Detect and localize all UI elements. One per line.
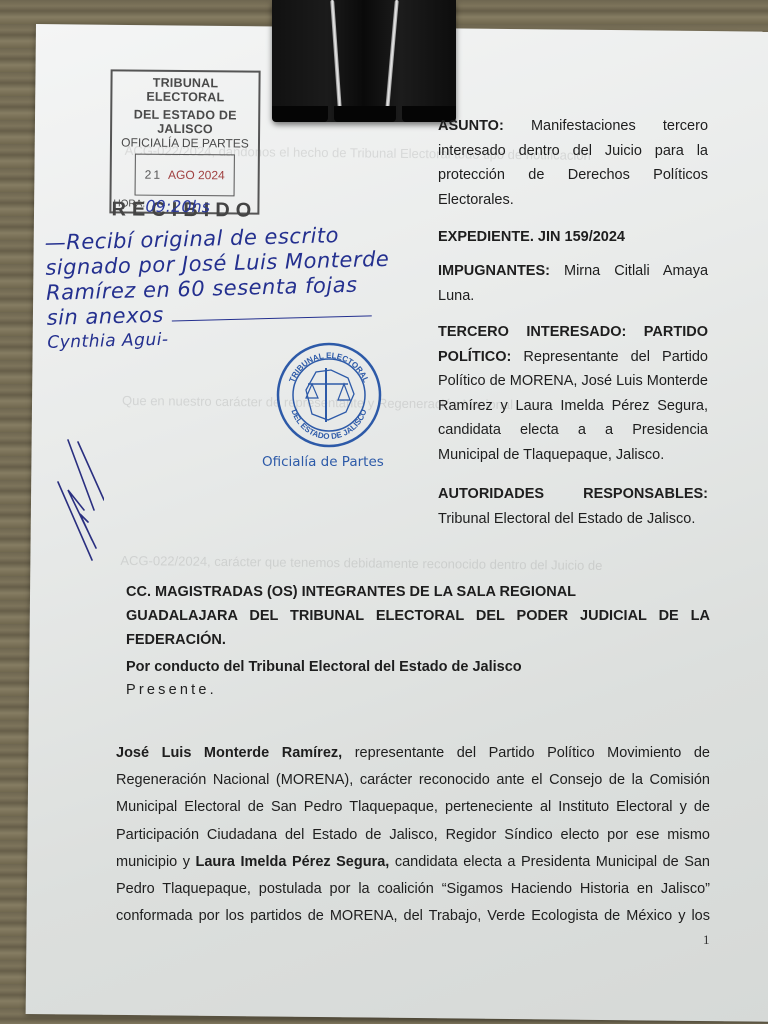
svg-text:DEL ESTADO DE JALISCO: DEL ESTADO DE JALISCO — [289, 408, 368, 441]
addressee-line3: FEDERACIÓN. — [126, 628, 710, 652]
addressee-line2: GUADALAJARA DEL TRIBUNAL ELECTORAL DEL P… — [126, 604, 710, 628]
autoridades-label: AUTORIDADES RESPONSABLES: — [438, 486, 708, 502]
presente: Presente. — [126, 682, 217, 698]
stamp-hora-value: 09:20hs — [145, 197, 210, 217]
body-name1: José Luis Monterde Ramírez, — [116, 745, 342, 761]
tercero-section: TERCERO INTERESADO: PARTIDO POLÍTICO: Re… — [438, 320, 708, 467]
tercero-text: Representante del Partido Político de MO… — [438, 349, 708, 463]
signature-scribble-icon — [54, 430, 104, 570]
svg-text:TRIBUNAL ELECTORAL: TRIBUNAL ELECTORAL — [287, 351, 370, 384]
stamp-line2: DEL ESTADO DE JALISCO — [112, 107, 258, 136]
stamp-month-year: AGO 2024 — [168, 168, 225, 182]
body-text: Regeneración Nacional (MORENA), carácter… — [116, 767, 710, 794]
handwritten-note: —Recibí original de escrito signado por … — [44, 221, 417, 356]
impugnantes-section: IMPUGNANTES: Mirna Citlali Amaya Luna. — [438, 259, 708, 308]
stamp-day: 21 — [145, 168, 162, 182]
seal-caption: Oficialía de Partes — [262, 454, 384, 470]
addressee-line4: Por conducto del Tribunal Electoral del … — [126, 655, 710, 679]
expediente-number: EXPEDIENTE. JIN 159/2024 — [438, 229, 625, 245]
body-text: conformada por los partidos de MORENA, d… — [116, 903, 710, 930]
received-stamp: TRIBUNAL ELECTORAL DEL ESTADO DE JALISCO… — [109, 69, 260, 214]
autoridades-section: AUTORIDADES RESPONSABLES: Tribunal Elect… — [438, 482, 708, 531]
stamp-line3: OFICIALÍA DE PARTES — [112, 135, 258, 150]
body-text: Municipal Electoral de San Pedro Tlaquep… — [116, 794, 710, 821]
tribunal-seal-icon: TRIBUNAL ELECTORAL DEL ESTADO DE JALISCO — [276, 342, 382, 448]
stamp-date: 21 AGO 2024 — [135, 154, 235, 197]
body-text: Pedro Tlaquepaque, postulada por la coal… — [116, 876, 710, 903]
note-line: sin anexos — [46, 303, 164, 330]
page-number: 1 — [703, 932, 710, 948]
body-text: representante del Partido Político Movim… — [342, 745, 710, 761]
binder-clip — [272, 0, 456, 122]
bleed-through-text: ACG-022/2024, carácter que tenemos debid… — [120, 545, 602, 581]
addressee-line1: CC. MAGISTRADAS (OS) INTEGRANTES DE LA S… — [126, 580, 710, 604]
stamp-hora-label: HORA: — [113, 198, 145, 209]
impugnantes-label: IMPUGNANTES: — [438, 263, 550, 279]
autoridades-text: Tribunal Electoral del Estado de Jalisco… — [438, 507, 708, 532]
body-text: municipio y — [116, 854, 196, 870]
body-paragraph: José Luis Monterde Ramírez, representant… — [116, 740, 710, 930]
expediente: EXPEDIENTE. JIN 159/2024 — [438, 225, 708, 250]
body-name2: Laura Imelda Pérez Segura, — [196, 854, 390, 870]
asunto-section: ASUNTO: Manifestaciones tercero interesa… — [438, 114, 708, 212]
stamp-line1: TRIBUNAL ELECTORAL — [112, 75, 258, 104]
body-text: candidata electa a Presidenta Municipal … — [389, 854, 710, 870]
body-text: Participación Ciudadana del Estado de Ja… — [116, 822, 710, 849]
asunto-label: ASUNTO: — [438, 118, 504, 134]
